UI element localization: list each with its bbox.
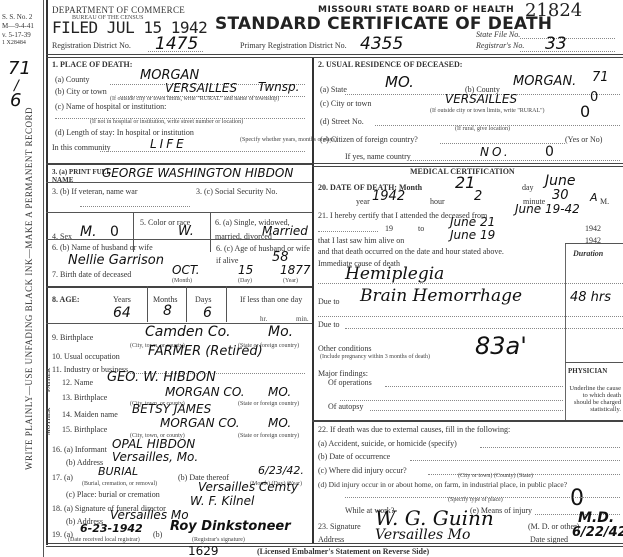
- birth-day: 15: [238, 263, 253, 277]
- sex-code: 0: [110, 224, 119, 240]
- other-conditions-label: Other conditions: [318, 344, 372, 353]
- death-hour-value: 2: [474, 189, 482, 204]
- registration-district-label: Registration District No.: [52, 41, 131, 50]
- age-years: 64: [113, 305, 131, 321]
- disposition-label: 17. (a): [52, 473, 73, 482]
- external-heading: 22. If death was due to external causes,…: [318, 425, 510, 434]
- death-minute-value: 30: [552, 188, 569, 203]
- state-file-label: State File No.: [476, 30, 520, 39]
- form-code-4: 1 X28484: [2, 40, 26, 46]
- attended-to: June 21: [450, 215, 495, 229]
- birth-year: 1877: [280, 263, 311, 277]
- certificate-number: 21824: [525, 0, 582, 21]
- residence-heading: 2. USUAL RESIDENCE OF DECEASED:: [318, 60, 462, 69]
- sig-address-label: Address: [318, 535, 344, 544]
- spouse-label: 6. (b) Name of husband or wife: [52, 243, 153, 252]
- full-name-value: GEORGE WASHINGTON HIBDON: [102, 166, 293, 180]
- birthplace-city: Camden Co.: [145, 324, 231, 340]
- age-min-label: min.: [296, 315, 309, 323]
- age-col-days: Days: [195, 295, 211, 304]
- veteran-label: 3. (b) If veteran, name war: [52, 186, 182, 198]
- place-of-death-heading: 1. PLACE OF DEATH:: [52, 60, 132, 69]
- other-conditions-note: (Include pregnancy within 3 months of de…: [320, 354, 430, 360]
- attended-year: 1942: [585, 224, 601, 233]
- pod-community-value: LIFE: [150, 137, 187, 151]
- external-c-label: (c) Where did injury occur?: [318, 466, 407, 475]
- state-file-field[interactable]: [520, 38, 615, 39]
- form-code-3: v. 5-17-39: [2, 31, 31, 39]
- signature-label: 23. Signature: [318, 522, 361, 531]
- form-code-2: M—9-4-41: [2, 22, 34, 30]
- date-signed-label: Date signed: [530, 535, 568, 544]
- res-city-label: (c) City or town: [320, 99, 371, 108]
- statistical-code: 83a': [475, 332, 527, 360]
- physician-note: Underline the cause to which death shoul…: [566, 385, 621, 413]
- birthplace-label: 9. Birthplace: [52, 333, 93, 342]
- received-value: 6-23-1942: [80, 522, 143, 535]
- res-county-code: 71: [592, 70, 609, 85]
- received-caption: (Date received local registrar): [68, 537, 140, 543]
- mother-state-caption: (State or foreign country): [238, 433, 299, 439]
- vertical-instruction: WRITE PLAINLY—USE UNFADING BLACK INK—MAK…: [24, 107, 34, 470]
- registrar-signature: Roy Dinkstoneer: [170, 519, 291, 534]
- father-birthplace-state: MO.: [268, 385, 291, 399]
- birth-month-caption: (Month): [172, 278, 192, 284]
- mother-birthplace-state: MO.: [268, 416, 291, 430]
- pod-hospital-label: (c) Name of hospital or institution:: [55, 102, 166, 111]
- attended-to-label: to: [418, 224, 424, 233]
- last-saw-label: that I last saw him alive on: [318, 236, 404, 245]
- disposition-caption: (Burial, cremation, or removal): [82, 481, 157, 487]
- birth-label: 7. Birth date of deceased: [52, 270, 131, 279]
- pod-county-label: (a) County: [55, 75, 89, 84]
- external-b-label: (b) Date of occurrence: [318, 452, 390, 461]
- age-months: 8: [163, 303, 172, 319]
- age-col-years: Years: [113, 295, 131, 304]
- external-a-label: (a) Accident, suicide, or homicide (spec…: [318, 439, 457, 448]
- attended-from: June 19-42: [515, 202, 580, 216]
- registrar-sig-label: (b): [153, 530, 162, 539]
- res-county-value: MORGAN.: [513, 74, 576, 89]
- birthplace-state: Mo.: [268, 324, 293, 340]
- mother-name-value: BETSY JAMES: [132, 402, 211, 416]
- duration-header: Duration: [573, 249, 603, 258]
- res-citizen-label: (e) Citizen of foreign country?: [320, 135, 418, 144]
- birth-year-caption: (Year): [283, 278, 298, 284]
- disposition-date-value: 6/23/42.: [258, 464, 304, 477]
- mother-birthplace-label: 15. Birthplace: [62, 425, 107, 434]
- due-to-label-2: Due to: [318, 320, 340, 329]
- margin-rule: [43, 0, 44, 557]
- date-signed-value: 6/22/42: [572, 525, 623, 540]
- pod-stay-label: (d) Length of stay: In hospital or insti…: [55, 128, 194, 137]
- pod-city-label: (b) City or town: [55, 87, 107, 96]
- ssn-label: 3. (c) Social Security No.: [196, 186, 316, 198]
- mother-name-label: 14. Maiden name: [62, 410, 118, 419]
- pod-city-value: VERSAILLES: [165, 81, 237, 95]
- father-name-label: 12. Name: [62, 378, 93, 387]
- immediate-cause-value: Hemiplegia: [345, 264, 444, 284]
- primary-registration-label: Primary Registration District No.: [240, 41, 347, 50]
- due-to-value-1: Brain Hemorrhage: [360, 286, 522, 306]
- registrar-sig-caption: (Registrar's signature): [192, 537, 245, 543]
- spouse-value: Nellie Garrison: [68, 253, 164, 268]
- res-city-value: VERSAILLES: [445, 92, 517, 106]
- due-to-duration-1: 48 hrs: [570, 290, 611, 305]
- death-occurred-text: and that death occurred on the date and …: [318, 247, 504, 256]
- age-label: 8. AGE:: [52, 295, 80, 304]
- footer-note: (Licensed Embalmer's Statement on Revers…: [257, 547, 429, 556]
- age-col-less: If less than one day: [240, 295, 302, 304]
- death-year-value: 1942: [372, 189, 405, 204]
- external-c-captions: (City or town) (County) (State): [458, 473, 533, 479]
- funeral-director-value: W. F. Kilnel: [190, 494, 254, 508]
- margin-note-71: 71: [8, 58, 31, 79]
- primary-registration-value: 4355: [360, 34, 403, 54]
- res-country-value: NO.: [480, 145, 511, 159]
- sex-value: M.: [80, 224, 97, 240]
- father-birthplace-label: 13. Birthplace: [62, 393, 107, 402]
- res-country-label: If yes, name country: [345, 152, 411, 161]
- center-divider: [312, 58, 314, 544]
- header-rule: [46, 54, 623, 58]
- occupation-label: 10. Usual occupation: [52, 352, 120, 361]
- age-hr-label: hr.: [260, 315, 267, 323]
- death-day-value: June: [545, 173, 576, 189]
- burial-place-label: (c) Place: burial or cremation: [66, 490, 160, 499]
- res-country-code: 0: [545, 144, 554, 160]
- father-birthplace-city: MORGAN CO.: [165, 385, 245, 399]
- major-findings-label: Major findings:: [318, 369, 368, 378]
- res-state-value: MO.: [385, 73, 414, 91]
- father-side-label: FATHER: [46, 368, 52, 392]
- death-m-label: M.: [600, 197, 609, 206]
- death-ampm: A: [590, 191, 598, 204]
- res-citizen-suffix: (Yes or No): [565, 135, 602, 144]
- registrar-no-label: Registrar's No.: [476, 41, 524, 50]
- department: DEPARTMENT OF COMMERCE: [52, 5, 185, 15]
- pod-city-extra: Twnsp.: [258, 80, 299, 94]
- due-to-label-1: Due to: [318, 297, 340, 306]
- birth-month: OCT.: [172, 263, 200, 277]
- external-d-label: (d) Did injury occur in or about home, o…: [318, 480, 567, 489]
- marital-value: Married: [262, 224, 308, 238]
- md-value: M.D.: [578, 510, 614, 526]
- birth-day-caption: (Day): [238, 278, 252, 284]
- date-of-death-label: 20. DATE OF DEATH: Month: [318, 183, 422, 192]
- death-hour-label: hour: [430, 197, 445, 206]
- father-state-caption: (State or foreign country): [238, 401, 299, 407]
- res-state-label: (a) State: [320, 85, 347, 94]
- disposition-value: BURIAL: [98, 465, 138, 478]
- form-left-border: [46, 0, 48, 545]
- burial-place-value: Versailles Cemty: [198, 480, 298, 494]
- death-day-label: day: [522, 183, 534, 192]
- mother-side-label: MOTHER: [46, 408, 52, 435]
- margin-note-6: 6: [10, 90, 21, 111]
- death-month-value: 21: [455, 173, 475, 192]
- form-code-1: S. S. No. 2: [2, 13, 32, 21]
- operations-label: Of operations: [328, 378, 372, 387]
- res-street-label: (d) Street No.: [320, 117, 364, 126]
- mother-birthplace-city: MORGAN CO.: [160, 416, 240, 430]
- age-days: 6: [203, 305, 212, 321]
- embalmer-number: 1629: [188, 544, 219, 557]
- res-street-code: 0: [580, 102, 590, 121]
- external-d-caption: (Specify type of place): [448, 497, 503, 503]
- father-name-value: GEO. W. HIBDON: [107, 370, 216, 385]
- res-city-note: (If outside city or town limits, write "…: [430, 108, 545, 114]
- informant-address-value: Versailles, Mo.: [112, 450, 198, 464]
- res-street-note: (If rural, give location): [455, 126, 510, 132]
- color-value: W.: [178, 224, 194, 239]
- occupation-value: FARMER (Retired): [148, 344, 263, 359]
- autopsy-label: Of autopsy: [328, 402, 363, 411]
- last-saw-value: June 19: [450, 228, 495, 242]
- pod-hospital-note: (If not in hospital or institution, writ…: [90, 119, 243, 125]
- informant-value: OPAL HIBDON: [112, 437, 195, 451]
- informant-label: 16. (a) Informant: [52, 445, 107, 454]
- sig-address-value: Versailles Mo: [375, 527, 470, 543]
- death-year-label: year: [356, 197, 370, 206]
- physician-title: PHYSICIAN: [568, 367, 607, 375]
- external-value: 0: [570, 486, 584, 511]
- attended-19: 19: [385, 224, 393, 233]
- res-city-code: 0: [590, 90, 598, 105]
